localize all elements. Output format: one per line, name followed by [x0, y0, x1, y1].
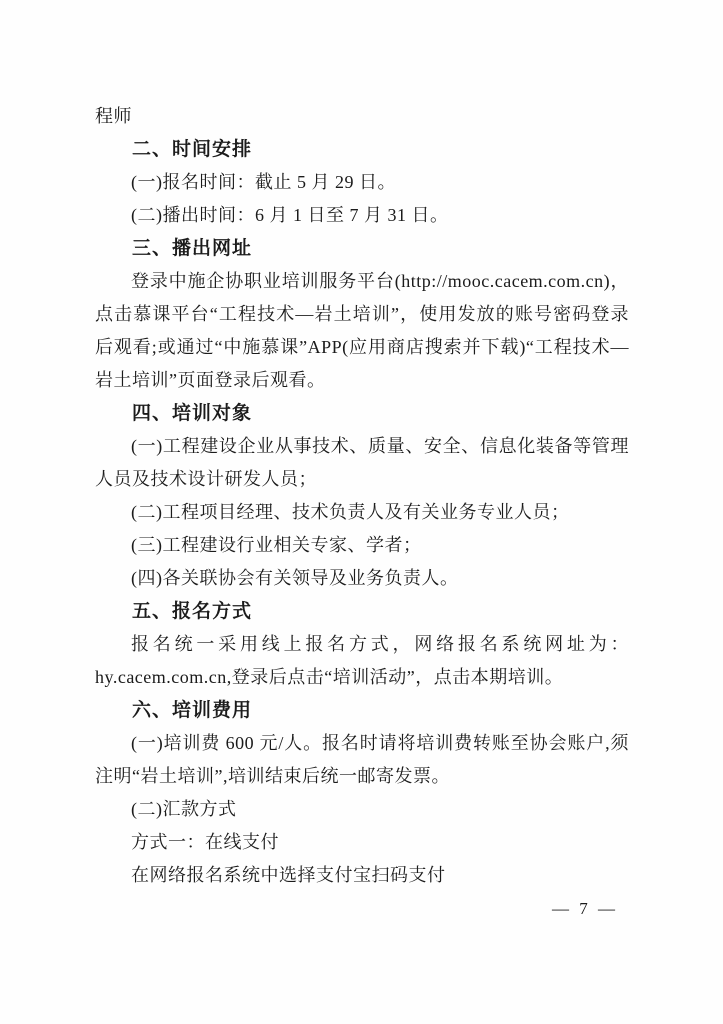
section-heading: 六、培训费用 [95, 694, 629, 727]
paragraph: (一)工程建设企业从事技术、质量、安全、信息化装备等管理人员及技术设计研发人员； [95, 430, 629, 496]
paragraph: (二)汇款方式 [95, 793, 629, 826]
paragraph: (一)报名时间：截止 5 月 29 日。 [95, 166, 629, 199]
paragraph: (三)工程建设行业相关专家、学者； [95, 529, 629, 562]
paragraph: 报名统一采用线上报名方式，网络报名系统网址为：hy.cacem.com.cn,登… [95, 628, 629, 694]
paragraph: 方式一：在线支付 [95, 826, 629, 859]
paragraph: (四)各关联协会有关领导及业务负责人。 [95, 562, 629, 595]
document-body: 程师二、时间安排(一)报名时间：截止 5 月 29 日。(二)播出时间：6 月 … [95, 100, 629, 892]
paragraph: 在网络报名系统中选择支付宝扫码支付 [95, 859, 629, 892]
document-page: 程师二、时间安排(一)报名时间：截止 5 月 29 日。(二)播出时间：6 月 … [0, 0, 723, 1024]
paragraph: 程师 [95, 100, 629, 133]
section-heading: 五、报名方式 [95, 595, 629, 628]
paragraph: (二)工程项目经理、技术负责人及有关业务专业人员； [95, 496, 629, 529]
section-heading: 二、时间安排 [95, 133, 629, 166]
paragraph: (二)播出时间：6 月 1 日至 7 月 31 日。 [95, 199, 629, 232]
section-heading: 四、培训对象 [95, 397, 629, 430]
page-number: — 7 — [552, 898, 618, 920]
paragraph: (一)培训费 600 元/人。报名时请将培训费转账至协会账户,须注明“岩土培训”… [95, 727, 629, 793]
section-heading: 三、播出网址 [95, 232, 629, 265]
paragraph: 登录中施企协职业培训服务平台(http://mooc.cacem.com.cn)… [95, 265, 629, 397]
